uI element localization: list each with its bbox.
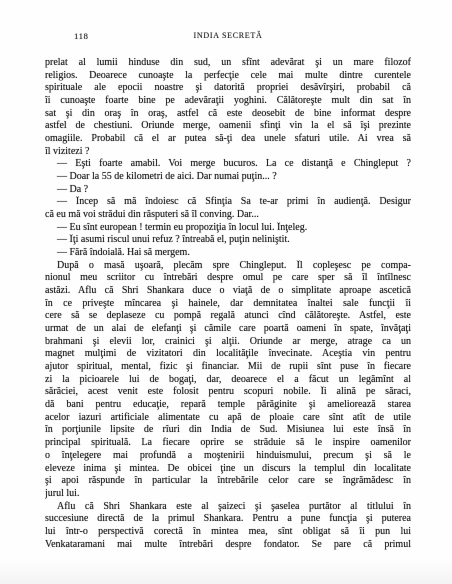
text-line: jurul lui. [45, 488, 411, 501]
text-line: — Da ? [45, 184, 411, 197]
text-line: Venkataramani mai multe întrebări despre… [45, 539, 411, 552]
text-line: o înţelegere mai profundă a moştenirii h… [45, 450, 411, 463]
text-line: îi cunoaşte foarte bine pe adevăraţii yo… [45, 95, 411, 108]
text-line: eleveze inima şi mintea. De obicei ţine … [45, 463, 411, 476]
text-line: lui într-o perspectivă corectă în mintea… [45, 526, 411, 539]
page-body: prelat al lumii hinduse din sud, un sfîn… [45, 57, 411, 551]
text-line: cere să se deplaseze cu pompă regală atu… [45, 310, 411, 323]
text-line: nionul meu scriitor cu întrebări despre … [45, 272, 411, 285]
text-line: că eu mă voi strădui din răsputeri să îl… [45, 209, 411, 222]
text-line: prelat al lumii hinduse din sud, un sfîn… [45, 57, 411, 70]
text-line: şi apoi răspunde în particular la întreb… [45, 475, 411, 488]
text-line: — Încep să mă îndoiesc că Sfinţia Sa te-… [45, 196, 411, 209]
book-page: 118 INDIA SECRETĂ prelat al lumii hindus… [0, 0, 452, 584]
text-line: astfel de chestiuni. Oriunde merge, oame… [45, 120, 411, 133]
text-line: brahmani şi elevii lor, crainici şi alţi… [45, 336, 411, 349]
text-line: principal spirituală. La fiecare oprire … [45, 437, 411, 450]
text-line: zi la picioarele lui de bogaţi, dar, deo… [45, 374, 411, 387]
text-line: acelor iazuri artificiale alimentate cu … [45, 412, 411, 425]
text-line: în porţiunile lipsite de rîuri din India… [45, 424, 411, 437]
text-line: — Fără îndoială. Hai să mergem. [45, 247, 411, 260]
text-line: — Doar la 55 de kilometri de aici. Dar n… [45, 171, 411, 184]
text-line: îl vizitezi ? [45, 146, 411, 159]
text-line: — Eşti foarte amabil. Voi merge bucuros.… [45, 158, 411, 171]
text-line: sat şi din oraş în oraş, astfel că este … [45, 108, 411, 121]
text-line: în ce priveşte mîncarea şi hainele, dar … [45, 298, 411, 311]
text-line: religios. Deoarece cunoaşte la perfecţie… [45, 70, 411, 83]
text-line: ajutor spiritual, mental, fizic şi finan… [45, 361, 411, 374]
text-line: omagiile. Probabil că el ar putea să-ţi … [45, 133, 411, 146]
text-line: magnet mulţimi de vizitatori din localit… [45, 348, 411, 361]
text-line: — Eu sînt european ! termin eu propoziţi… [45, 222, 411, 235]
text-line: După o masă uşoară, plecăm spre Chinglep… [45, 260, 411, 273]
text-line: urmat de un alai de elefanţi şi cămile c… [45, 323, 411, 336]
text-line: astăzi. Aflu că Shri Shankara duce o via… [45, 285, 411, 298]
text-column: 118 INDIA SECRETĂ prelat al lumii hindus… [45, 0, 411, 584]
running-header: 118 INDIA SECRETĂ [45, 31, 411, 43]
text-line: sărăciei, acest venit este folosit pentr… [45, 386, 411, 399]
book-title-header: INDIA SECRETĂ [45, 31, 411, 40]
text-line: spirituale ale epocii noastre şi datorit… [45, 82, 411, 95]
text-line: succesiune directă de la primul Shankara… [45, 513, 411, 526]
text-line: dă bani pentru educaţie, repară temple p… [45, 399, 411, 412]
text-line: Aflu că Shri Shankara este al şaizeci şi… [45, 501, 411, 514]
text-line: — Îţi asumi riscul unui refuz ? întreabă… [45, 234, 411, 247]
